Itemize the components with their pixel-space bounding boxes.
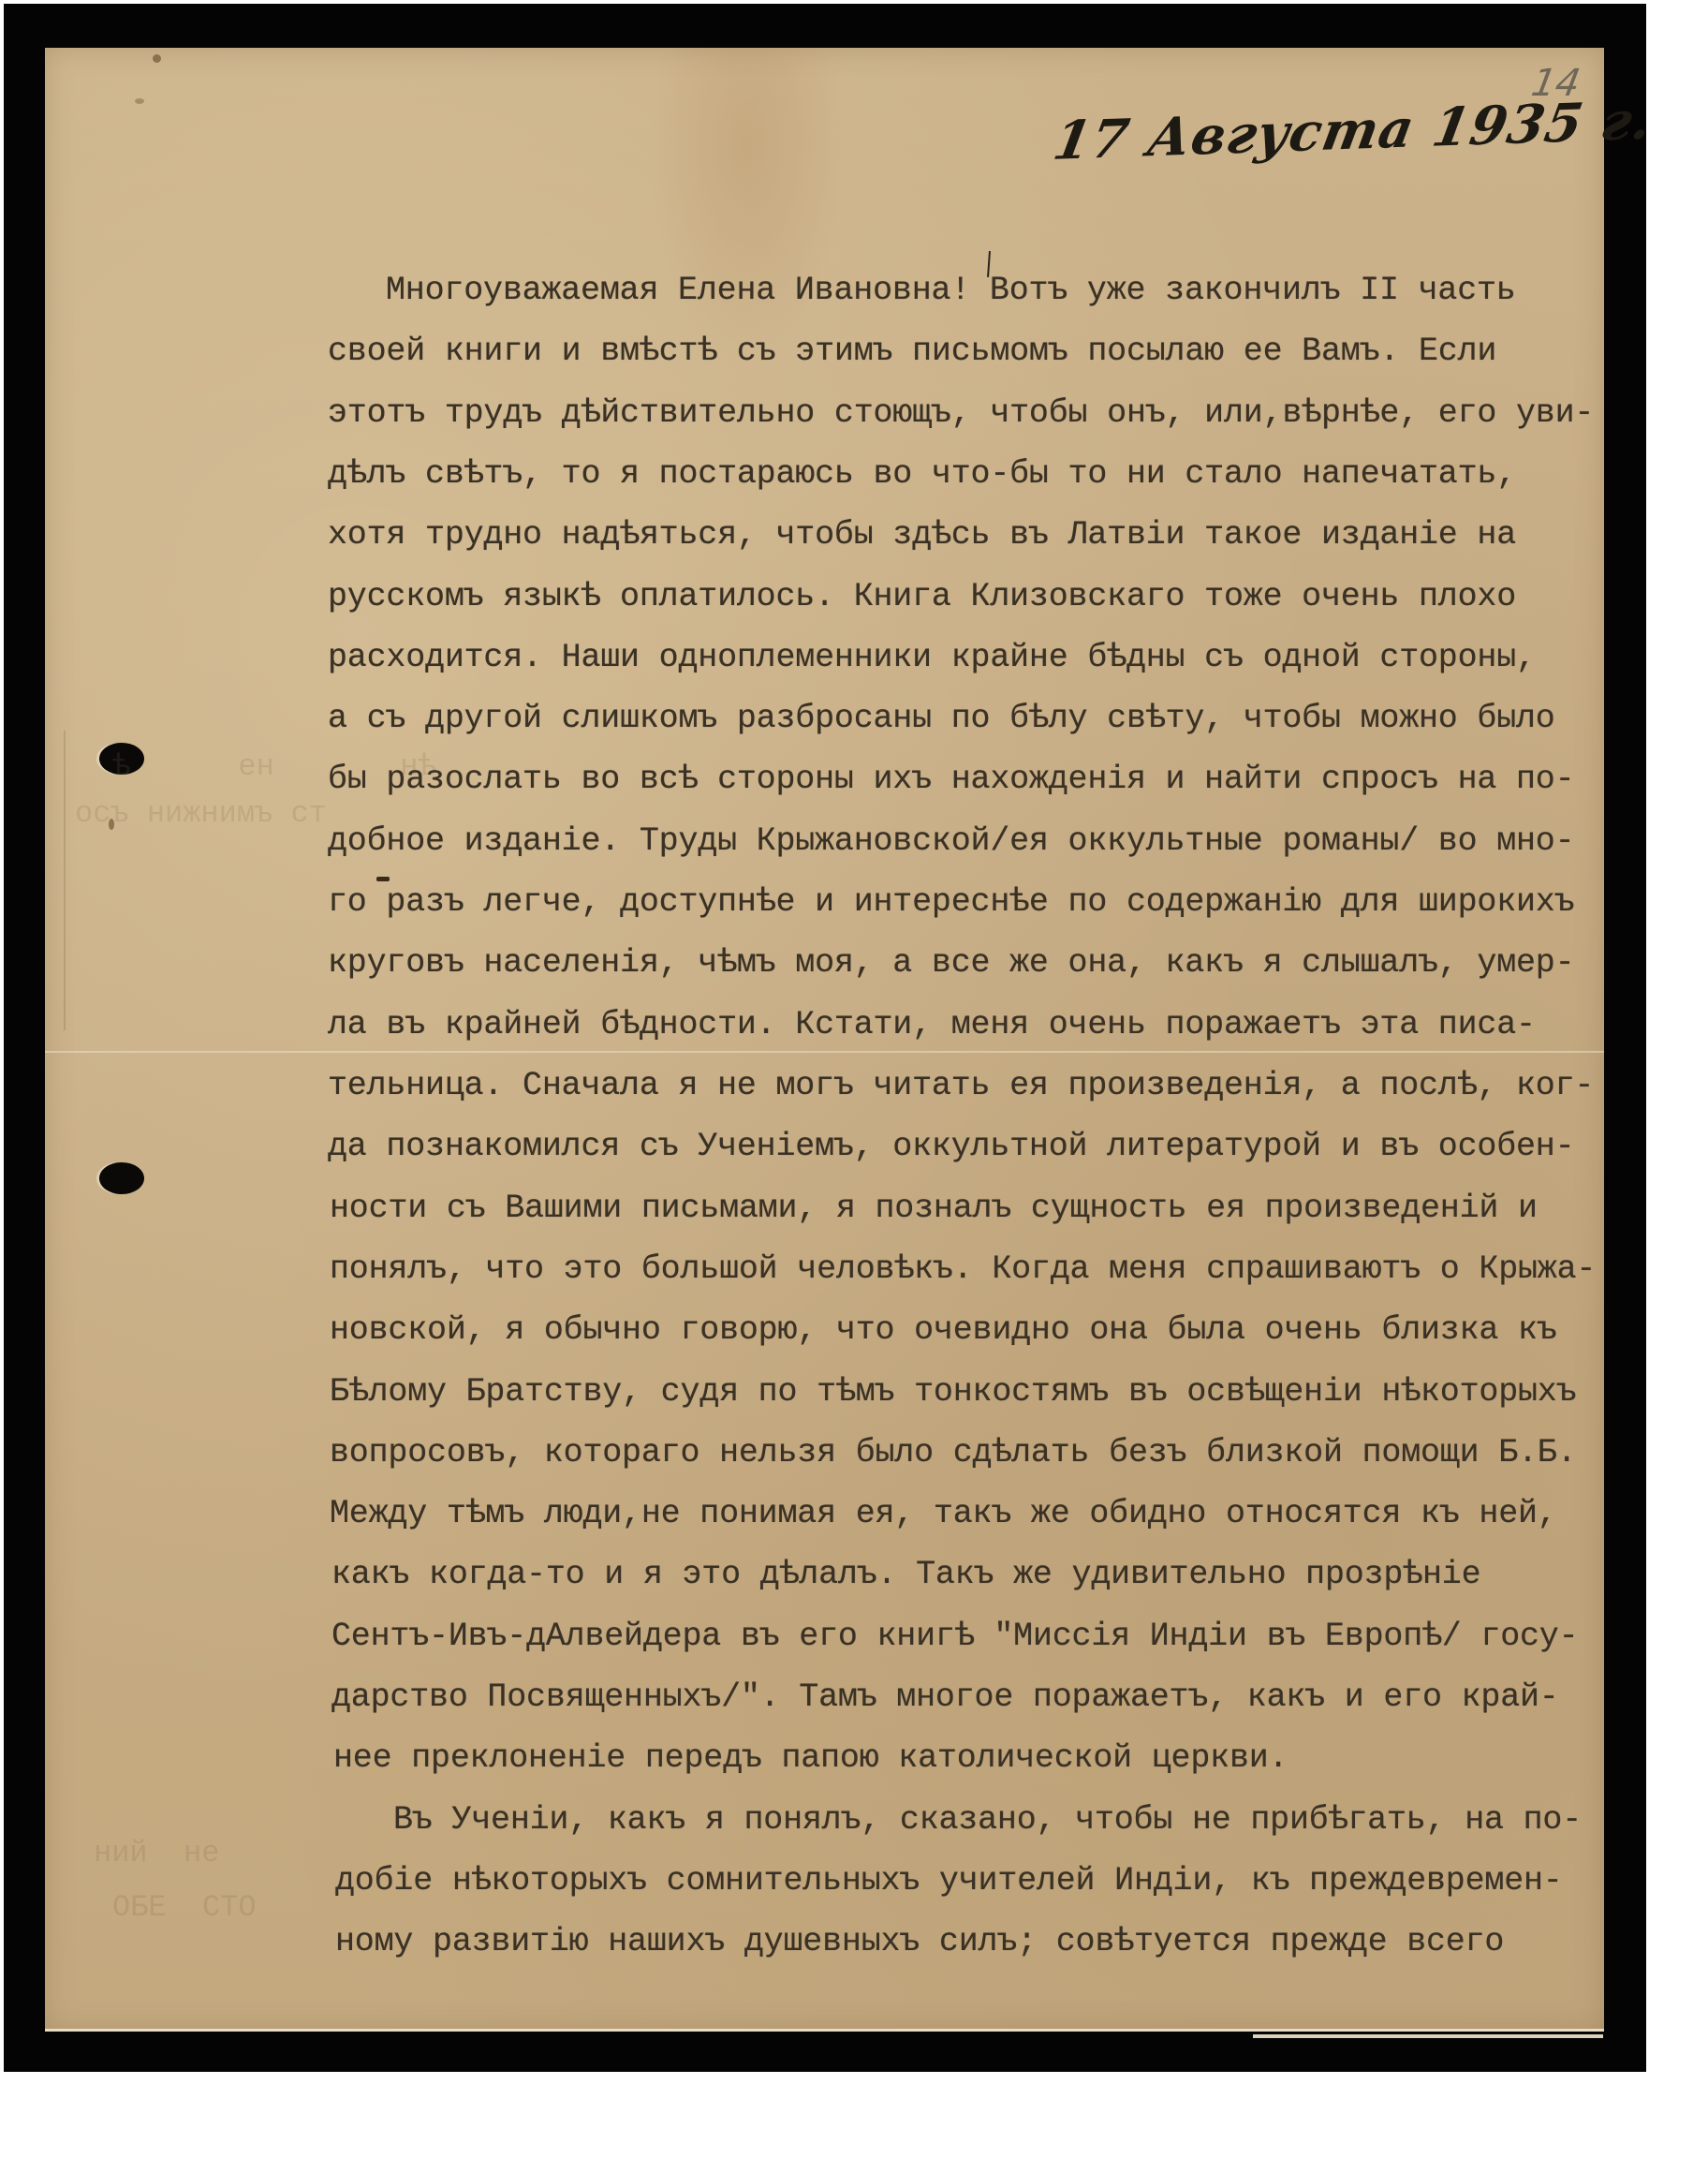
text-line: круговъ населенія, чѣмъ моя, а все же он…: [328, 944, 1574, 982]
text-line: Бѣлому Братству, судя по тѣмъ тонкостямъ…: [330, 1373, 1576, 1411]
text-line: вопросовъ, котораго нельзя было сдѣлать …: [330, 1434, 1576, 1471]
text-line: тельница. Сначала я не могъ читать ея пр…: [328, 1067, 1594, 1104]
text-line: да познакомился съ Ученіемъ, оккультной …: [328, 1128, 1574, 1165]
text-line: ла въ крайней бѣдности. Кстати, меня оче…: [328, 1006, 1536, 1043]
text-line: расходится. Наши одноплеменники крайне б…: [328, 639, 1536, 676]
text-line: хотя трудно надѣяться, чтобы здѣсь въ Ла…: [328, 516, 1516, 554]
text-line: понялъ, что это большой человѣкъ. Когда …: [330, 1250, 1596, 1288]
paper-torn-edge: [1253, 2034, 1603, 2038]
punch-hole-icon: [99, 1162, 144, 1194]
text-line: дарство Посвященныхъ/". Тамъ многое пора…: [331, 1678, 1559, 1716]
text-line: нее преклоненіе передъ папою католическо…: [333, 1739, 1288, 1777]
text-line: бы разослать во всѣ стороны ихъ нахожден…: [328, 761, 1574, 798]
text-line: а съ другой слишкомъ разбросаны по бѣлу …: [328, 700, 1555, 737]
bleed-through-text: ний не: [94, 1836, 219, 1870]
paper-bottom-edge: [45, 2029, 1604, 2032]
paper-crease: [45, 1051, 1604, 1053]
text-line: Многоуважаемая Елена Ивановна! Вотъ уже …: [386, 272, 1516, 309]
text-line: ности съ Вашими письмами, я позналъ сущн…: [330, 1190, 1538, 1227]
text-line: русскомъ языкѣ оплатилось. Книга Клизовс…: [328, 578, 1516, 615]
text-line: дѣлъ свѣтъ, то я постараюсь во что-бы то…: [328, 455, 1516, 493]
text-line: Сентъ-Ивъ-дАлвейдера въ его книгѣ "Миссі…: [331, 1618, 1578, 1655]
text-line: Между тѣмъ люди,не понимая ея, такъ же о…: [330, 1495, 1557, 1532]
text-line: добное изданіе. Труды Крыжановской/ея ок…: [328, 822, 1574, 860]
paper-fold-line: [64, 731, 66, 1030]
text-line: своей книги и вмѣстѣ съ этимъ письмомъ п…: [328, 333, 1496, 370]
ink-spot-icon: [376, 877, 390, 881]
text-line: какъ когда-то и я это дѣлалъ. Такъ же уд…: [331, 1556, 1480, 1593]
text-line: новской, я обычно говорю, что очевидно о…: [330, 1311, 1557, 1349]
bleed-through-text: ОБЕ СТО: [112, 1890, 257, 1925]
ink-spot-icon: [153, 54, 161, 63]
text-line: Въ Ученіи, какъ я понялъ, сказано, чтобы…: [393, 1801, 1582, 1839]
ink-spot-icon: [135, 98, 144, 104]
text-line: го разъ легче, доступнѣе и интереснѣе по…: [328, 883, 1574, 921]
text-line: этотъ трудъ дѣйствительно стоющъ, чтобы …: [328, 394, 1594, 432]
text-line: добіе нѣкоторыхъ сомнительныхъ учителей …: [335, 1862, 1563, 1899]
text-line: ному развитію нашихъ душевныхъ силъ; сов…: [335, 1923, 1504, 1960]
bleed-through-text: осъ нижнимъ ст: [75, 796, 327, 831]
